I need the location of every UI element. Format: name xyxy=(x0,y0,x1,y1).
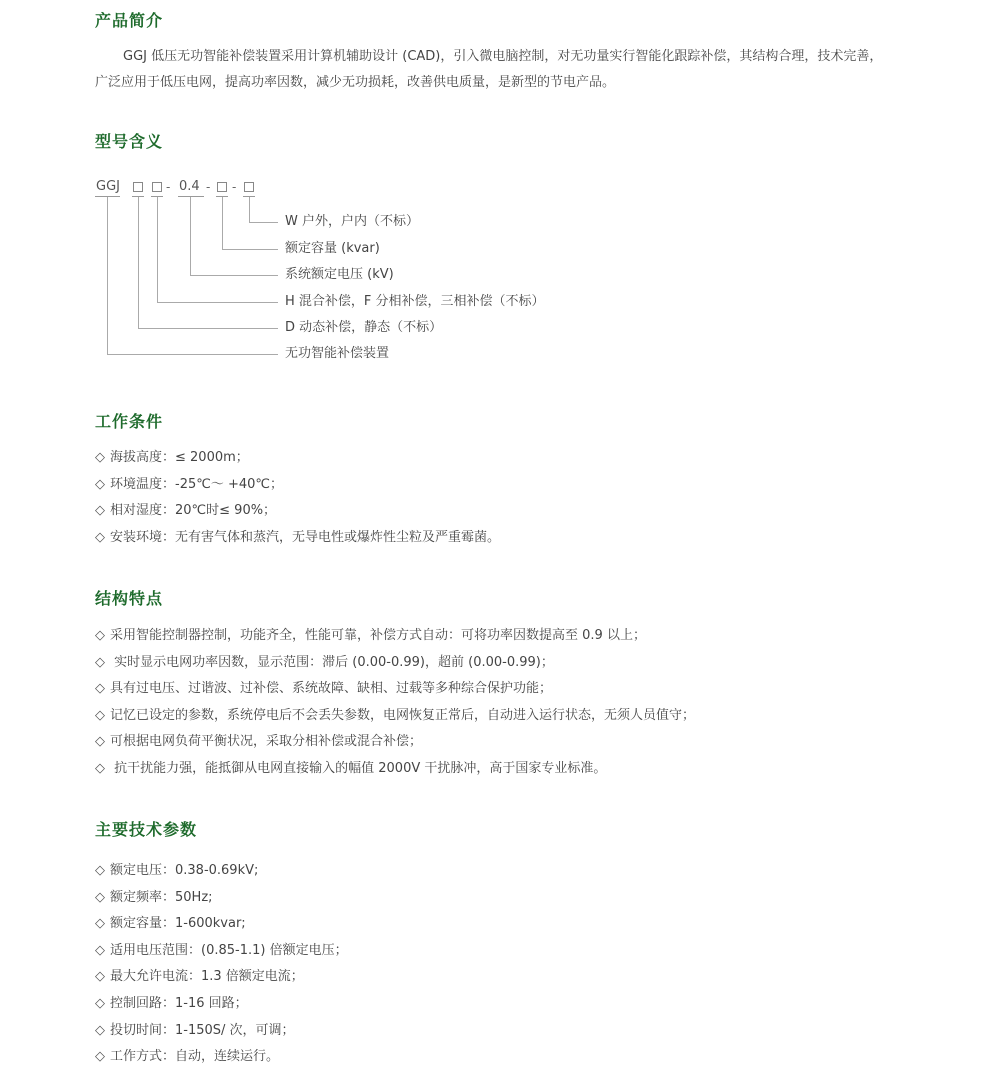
list-item: ◇ 抗干扰能力强，能抵御从电网直接输入的幅值 2000V 干扰脉冲，高于国家专业… xyxy=(95,756,695,783)
list-item: ◇环境温度：-25℃～ +40℃； xyxy=(95,472,500,499)
list-item: ◇额定频率：50Hz; xyxy=(95,885,348,912)
label-device: 无功智能补偿装置 xyxy=(285,345,389,363)
diamond-bullet-icon: ◇ xyxy=(95,756,110,783)
diamond-bullet-icon: ◇ xyxy=(95,525,110,552)
leader-h-prefix xyxy=(107,354,278,355)
leader-v-compensation xyxy=(157,197,158,302)
diamond-bullet-icon: ◇ xyxy=(95,991,110,1018)
list-item: ◇海拔高度：≤ 2000m； xyxy=(95,445,500,472)
diamond-bullet-icon: ◇ xyxy=(95,885,110,912)
label-location: W 户外，户内（不标） xyxy=(285,213,419,231)
code-prefix: GGJ xyxy=(95,178,121,196)
conditions-list: ◇海拔高度：≤ 2000m； ◇环境温度：-25℃～ +40℃； ◇相对湿度：2… xyxy=(95,445,500,551)
underline-voltage xyxy=(178,196,204,197)
leader-h-dynamic xyxy=(138,328,278,329)
intro-paragraph: GGJ 低压无功智能补偿装置采用计算机辅助设计 (CAD)，引入微电脑控制，对无… xyxy=(95,44,905,96)
diamond-bullet-icon: ◇ xyxy=(95,445,110,472)
list-item: ◇记忆已设定的参数，系统停电后不会丢失参数，电网恢复正常后，自动进入运行状态，无… xyxy=(95,703,695,730)
list-item: ◇额定电压：0.38-0.69kV; xyxy=(95,858,348,885)
leader-h-location xyxy=(249,222,278,223)
diamond-bullet-icon: ◇ xyxy=(95,650,110,677)
code-dash: - xyxy=(206,178,210,196)
diamond-bullet-icon: ◇ xyxy=(95,1018,110,1045)
list-item: ◇相对湿度：20℃时≤ 90%； xyxy=(95,498,500,525)
leader-h-capacity xyxy=(222,249,278,250)
section-title-conditions: 工作条件 xyxy=(95,409,163,432)
section-title-intro: 产品简介 xyxy=(95,8,163,31)
intro-line-1: GGJ 低压无功智能补偿装置采用计算机辅助设计 (CAD)，引入微电脑控制，对无… xyxy=(95,44,905,70)
diamond-bullet-icon: ◇ xyxy=(95,703,110,730)
leader-v-dynamic xyxy=(138,197,139,328)
diamond-bullet-icon: ◇ xyxy=(95,964,110,991)
list-item: ◇采用智能控制器控制，功能齐全，性能可靠，补偿方式自动：可将功率因数提高至 0.… xyxy=(95,623,695,650)
diamond-bullet-icon: ◇ xyxy=(95,498,110,525)
code-dash: - xyxy=(232,178,236,196)
section-title-features: 结构特点 xyxy=(95,586,163,609)
label-dynamic: D 动态补偿，静态（不标） xyxy=(285,319,442,337)
diamond-bullet-icon: ◇ xyxy=(95,676,110,703)
label-compensation: H 混合补偿，F 分相补偿，三相补偿（不标） xyxy=(285,293,545,311)
section-title-specs: 主要技术参数 xyxy=(95,817,197,840)
code-dash: - xyxy=(166,178,170,196)
leader-v-capacity xyxy=(222,197,223,249)
model-code-diagram: GGJ - 0.4 - - W 户外，户内（不标） xyxy=(95,175,615,375)
list-item: ◇控制回路：1-16 回路； xyxy=(95,991,348,1018)
leader-v-voltage xyxy=(190,197,191,275)
list-item: ◇工作方式：自动，连续运行。 xyxy=(95,1044,348,1071)
section-title-model: 型号含义 xyxy=(95,129,163,152)
list-item: ◇具有过电压、过谐波、过补偿、系统故障、缺相、过载等多种综合保护功能； xyxy=(95,676,695,703)
leader-h-voltage xyxy=(190,275,278,276)
leader-v-location xyxy=(249,197,250,222)
code-voltage: 0.4 xyxy=(179,178,199,196)
diamond-bullet-icon: ◇ xyxy=(95,1044,110,1071)
intro-line-2: 广泛应用于低压电网，提高功率因数，减少无功损耗，改善供电质量，是新型的节电产品。 xyxy=(95,70,905,96)
code-box-dynamic xyxy=(133,182,143,192)
leader-h-compensation xyxy=(157,302,278,303)
list-item: ◇安装环境：无有害气体和蒸汽，无导电性或爆炸性尘粒及严重霉菌。 xyxy=(95,525,500,552)
specs-list: ◇额定电压：0.38-0.69kV; ◇额定频率：50Hz; ◇额定容量：1-6… xyxy=(95,858,348,1071)
diamond-bullet-icon: ◇ xyxy=(95,472,110,499)
list-item: ◇ 实时显示电网功率因数，显示范围：滞后 (0.00-0.99)，超前 (0.0… xyxy=(95,650,695,677)
label-capacity: 额定容量 (kvar) xyxy=(285,240,380,258)
list-item: ◇投切时间：1-150S/ 次，可调； xyxy=(95,1018,348,1045)
features-list: ◇采用智能控制器控制，功能齐全，性能可靠，补偿方式自动：可将功率因数提高至 0.… xyxy=(95,623,695,783)
list-item: ◇可根据电网负荷平衡状况，采取分相补偿或混合补偿； xyxy=(95,729,695,756)
diamond-bullet-icon: ◇ xyxy=(95,938,110,965)
list-item: ◇适用电压范围：(0.85-1.1) 倍额定电压； xyxy=(95,938,348,965)
list-item: ◇额定容量：1-600kvar; xyxy=(95,911,348,938)
diamond-bullet-icon: ◇ xyxy=(95,911,110,938)
list-item: ◇最大允许电流：1.3 倍额定电流； xyxy=(95,964,348,991)
label-voltage: 系统额定电压 (kV) xyxy=(285,266,394,284)
code-box-compensation xyxy=(152,182,162,192)
diamond-bullet-icon: ◇ xyxy=(95,623,110,650)
diamond-bullet-icon: ◇ xyxy=(95,729,110,756)
code-box-capacity xyxy=(217,182,227,192)
leader-v-prefix xyxy=(107,197,108,354)
code-box-location xyxy=(244,182,254,192)
diamond-bullet-icon: ◇ xyxy=(95,858,110,885)
